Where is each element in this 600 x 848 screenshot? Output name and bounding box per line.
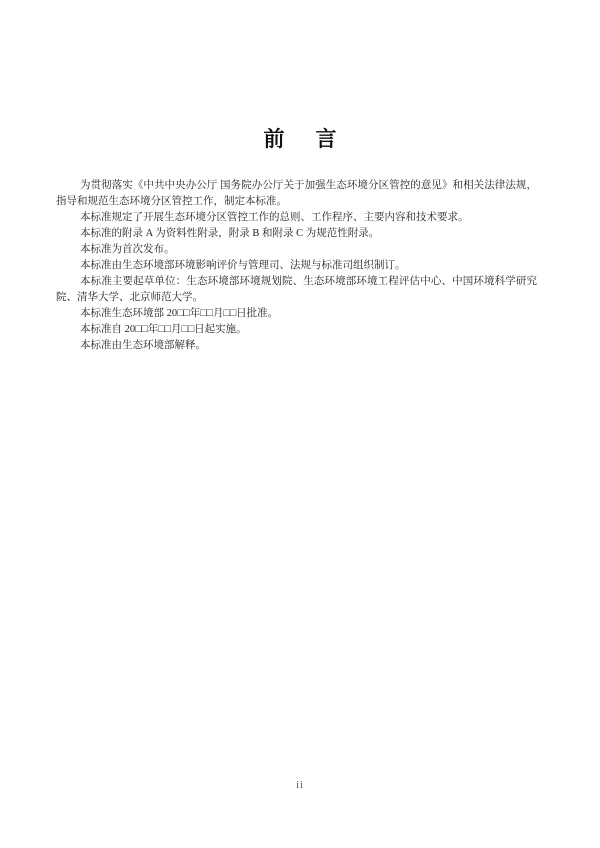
page-title-char-left: 前 xyxy=(264,127,285,151)
paragraph-purpose: 为贯彻落实《中共中央办公厅 国务院办公厅关于加强生态环境分区管控的意见》和相关法… xyxy=(56,178,537,210)
paragraph-organizers: 本标准由生态环境部环境影响评价与管理司、法规与标准司组织制订。 xyxy=(56,258,537,274)
paragraph-first-release: 本标准为首次发布。 xyxy=(56,242,537,258)
paragraph-appendices: 本标准的附录 A 为资料性附录，附录 B 和附录 C 为规范性附录。 xyxy=(56,226,537,242)
page-title-char-right: 言 xyxy=(316,127,337,151)
paragraph-drafting-units: 本标准主要起草单位：生态环境部环境规划院、生态环境部环境工程评估中心、中国环境科… xyxy=(56,274,537,306)
page-title: 前 言 xyxy=(0,127,600,151)
paragraph-implementation-date: 本标准自 20□□年□□月□□日起实施。 xyxy=(56,322,537,338)
document-page: 前 言 为贯彻落实《中共中央办公厅 国务院办公厅关于加强生态环境分区管控的意见》… xyxy=(0,0,600,848)
page-number: ii xyxy=(0,780,600,792)
paragraph-approval-date: 本标准生态环境部 20□□年□□月□□日批准。 xyxy=(56,306,537,322)
paragraph-scope: 本标准规定了开展生态环境分区管控工作的总则、工作程序、主要内容和技术要求。 xyxy=(56,210,537,226)
document-body: 为贯彻落实《中共中央办公厅 国务院办公厅关于加强生态环境分区管控的意见》和相关法… xyxy=(56,178,537,354)
paragraph-interpretation: 本标准由生态环境部解释。 xyxy=(56,338,537,354)
